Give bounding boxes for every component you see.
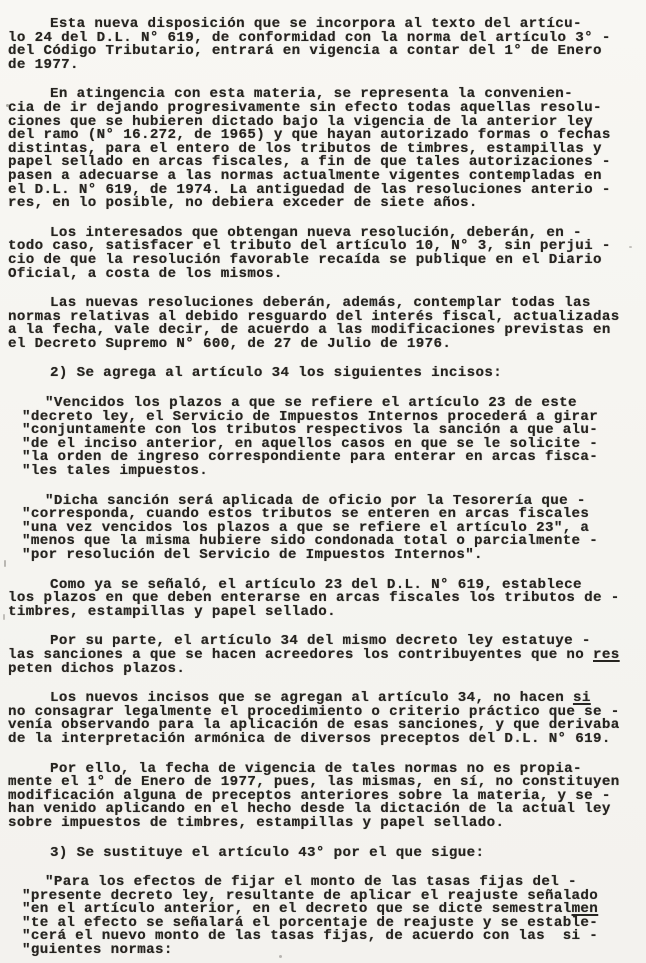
- section-heading: 2) Se agrega al artículo 34 los siguient…: [8, 367, 636, 381]
- paragraph: Los interesados que obtengan nueva resol…: [8, 227, 636, 281]
- text-line: sobre impuestos de timbres, estampillas …: [8, 817, 636, 831]
- text-line: el Decreto Supremo N° 600, de 27 de Juli…: [8, 338, 636, 352]
- text-line: del Código Tributario, entrará en vigenc…: [8, 45, 636, 59]
- document-body: Esta nueva disposición que se incorpora …: [8, 18, 636, 958]
- paragraph: Como ya se señaló, el artículo 23 del D.…: [8, 579, 636, 620]
- paragraph: Por su parte, el artículo 34 del mismo d…: [8, 635, 636, 676]
- paragraph: Los nuevos incisos que se agregan al art…: [8, 692, 636, 746]
- quoted-paragraph: "Dicha sanción será aplicada de oficio p…: [22, 495, 636, 563]
- text-line: "por resolución del Servicio de Impuesto…: [22, 549, 636, 563]
- text-line: 2) Se agrega al artículo 34 los siguient…: [8, 367, 636, 381]
- text-line: de 1977.: [8, 59, 636, 73]
- paragraph: Las nuevas resoluciones deberán, además,…: [8, 297, 636, 351]
- text-line: 3) Se sustituye el artículo 43° por el q…: [8, 847, 636, 861]
- text-line: timbres, estampillas y papel sellado.: [8, 606, 636, 620]
- section-heading: 3) Se sustituye el artículo 43° por el q…: [8, 847, 636, 861]
- paragraph: Esta nueva disposición que se incorpora …: [8, 18, 636, 72]
- quoted-paragraph: "Vencidos los plazos a que se refiere el…: [22, 397, 636, 479]
- paragraph: En atingencia con esta materia, se repre…: [8, 88, 636, 210]
- text-line: "les tales impuestos.: [22, 465, 636, 479]
- text-line: peten dichos plazos.: [8, 663, 636, 677]
- scanned-document-page: Esta nueva disposición que se incorpora …: [0, 0, 646, 963]
- text-line: de la interpretación armónica de diverso…: [8, 733, 636, 747]
- quoted-paragraph: "Para los efectos de fijar el monto de l…: [22, 876, 636, 958]
- scan-speckle: [4, 560, 6, 567]
- text-line: "guientes normas:: [22, 944, 636, 958]
- text-line: res, en lo posible, no debiera exceder d…: [8, 197, 636, 211]
- scan-speckle: [3, 614, 5, 620]
- paragraph: Por ello, la fecha de vigencia de tales …: [8, 763, 636, 831]
- text-line: Oficial, a costa de los mismos.: [8, 268, 636, 282]
- underlined-text: res: [593, 647, 620, 663]
